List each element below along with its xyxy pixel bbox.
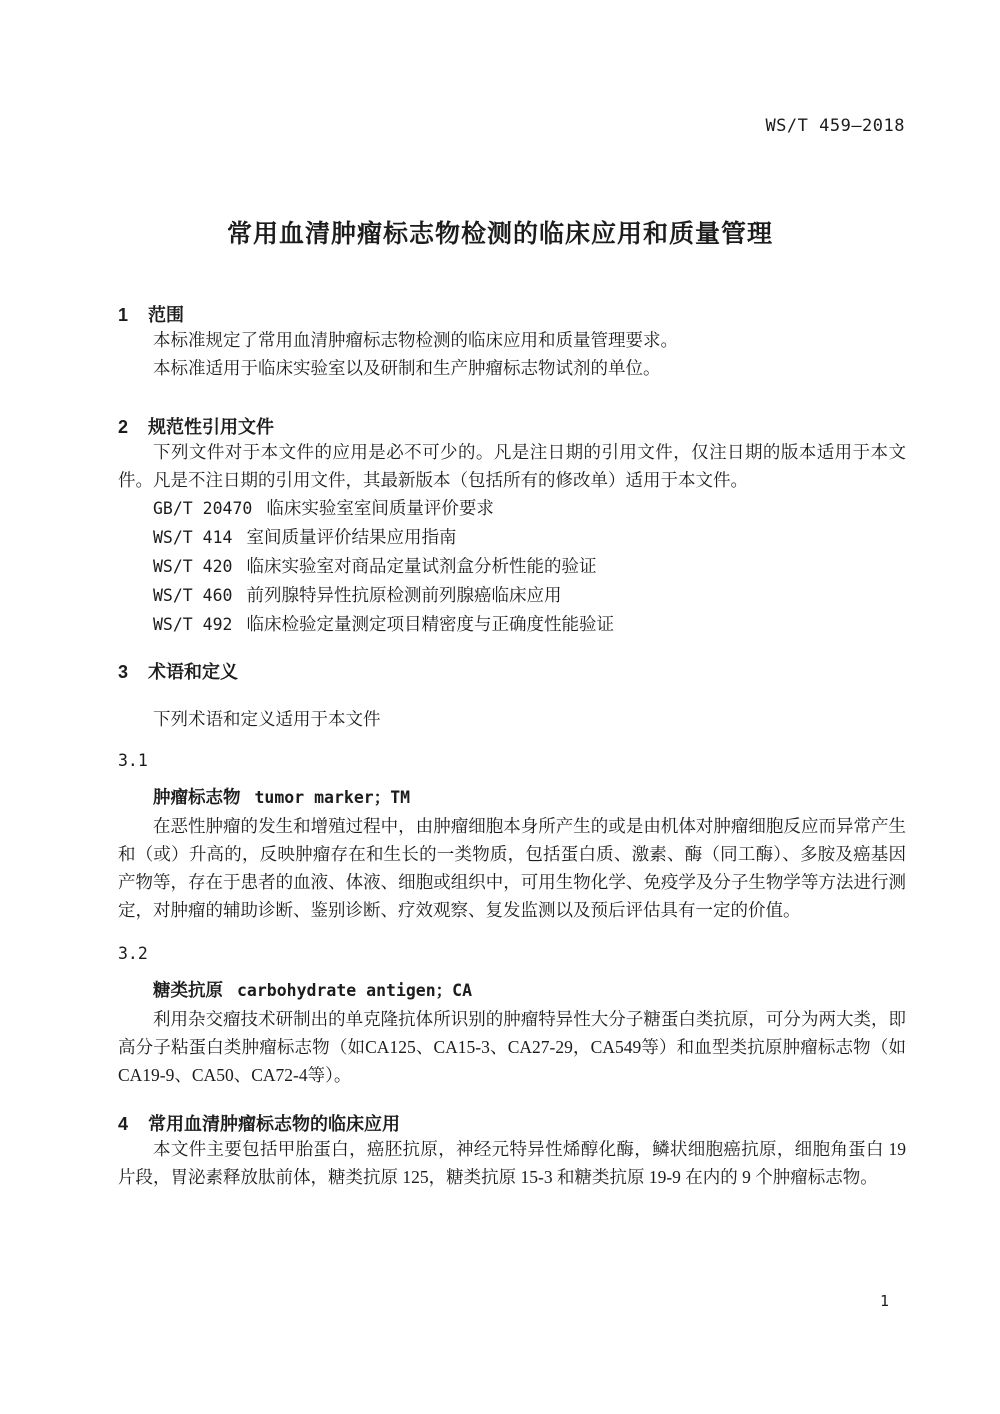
document-page: WS/T 459—2018 常用血清肿瘤标志物检测的临床应用和质量管理 1范围 … (0, 0, 1000, 1414)
reference-title: 临床实验室对商品定量试剂盒分析性能的验证 (246, 556, 596, 576)
document-body: 1范围 本标准规定了常用血清肿瘤标志物检测的临床应用和质量管理要求。 本标准适用… (118, 296, 906, 1191)
paragraph: 本标准规定了常用血清肿瘤标志物检测的临床应用和质量管理要求。 (118, 326, 906, 354)
reference-code: WS/T 492 (153, 615, 232, 634)
page-number: 1 (880, 1292, 889, 1310)
section-1-heading: 1范围 (118, 304, 906, 326)
reference-title: 临床实验室室间质量评价要求 (266, 498, 494, 518)
reference-title: 前列腺特异性抗原检测前列腺癌临床应用 (246, 585, 561, 605)
section-number: 1 (118, 304, 128, 326)
term-definition: 利用杂交瘤技术研制出的单克隆抗体所识别的肿瘤特异性大分子糖蛋白类抗原，可分为两大… (118, 1005, 906, 1089)
section-number: 4 (118, 1113, 128, 1135)
term-name-line: 糖类抗原carbohydrate antigen；CA (118, 976, 906, 1005)
paragraph: 本文件主要包括甲胎蛋白，癌胚抗原，神经元特异性烯醇化酶，鳞状细胞癌抗原，细胞角蛋… (118, 1135, 906, 1191)
reference-item: WS/T 414室间质量评价结果应用指南 (118, 523, 906, 552)
section-title: 常用血清肿瘤标志物的临床应用 (148, 1114, 400, 1134)
section-number: 2 (118, 416, 128, 438)
reference-list: GB/T 20470临床实验室室间质量评价要求 WS/T 414室间质量评价结果… (118, 494, 906, 639)
paragraph: 本标准适用于临床实验室以及研制和生产肿瘤标志物试剂的单位。 (118, 354, 906, 382)
terms-intro: 下列术语和定义适用于本文件 (118, 705, 906, 733)
document-title: 常用血清肿瘤标志物检测的临床应用和质量管理 (0, 214, 1000, 250)
reference-code: WS/T 460 (153, 586, 232, 605)
section-number: 3 (118, 661, 128, 683)
reference-code: GB/T 20470 (153, 499, 252, 518)
section-3-heading: 3术语和定义 (118, 661, 906, 683)
reference-item: GB/T 20470临床实验室室间质量评价要求 (118, 494, 906, 523)
term-name-en: carbohydrate antigen；CA (237, 981, 472, 1000)
section-2-heading: 2规范性引用文件 (118, 416, 906, 438)
section-4-heading: 4常用血清肿瘤标志物的临床应用 (118, 1113, 906, 1135)
term-name-cn: 糖类抗原 (153, 980, 223, 1000)
paragraph: 下列文件对于本文件的应用是必不可少的。凡是注日期的引用文件，仅注日期的版本适用于… (118, 438, 906, 494)
section-title: 范围 (148, 305, 184, 325)
section-title: 术语和定义 (148, 662, 238, 682)
reference-title: 室间质量评价结果应用指南 (246, 527, 456, 547)
section-title: 规范性引用文件 (148, 417, 274, 437)
term-number: 3.2 (118, 940, 906, 968)
reference-code: WS/T 420 (153, 557, 232, 576)
reference-item: WS/T 420临床实验室对商品定量试剂盒分析性能的验证 (118, 552, 906, 581)
term-name-cn: 肿瘤标志物 (153, 787, 241, 807)
term-name-en: tumor marker；TM (255, 788, 411, 807)
term-name-line: 肿瘤标志物tumor marker；TM (118, 783, 906, 812)
reference-code: WS/T 414 (153, 528, 232, 547)
term-definition: 在恶性肿瘤的发生和增殖过程中，由肿瘤细胞本身所产生的或是由机体对肿瘤细胞反应而异… (118, 812, 906, 924)
reference-item: WS/T 460前列腺特异性抗原检测前列腺癌临床应用 (118, 581, 906, 610)
standard-code: WS/T 459—2018 (765, 116, 905, 136)
reference-title: 临床检验定量测定项目精密度与正确度性能验证 (246, 614, 614, 634)
reference-item: WS/T 492临床检验定量测定项目精密度与正确度性能验证 (118, 610, 906, 639)
term-number: 3.1 (118, 747, 906, 775)
